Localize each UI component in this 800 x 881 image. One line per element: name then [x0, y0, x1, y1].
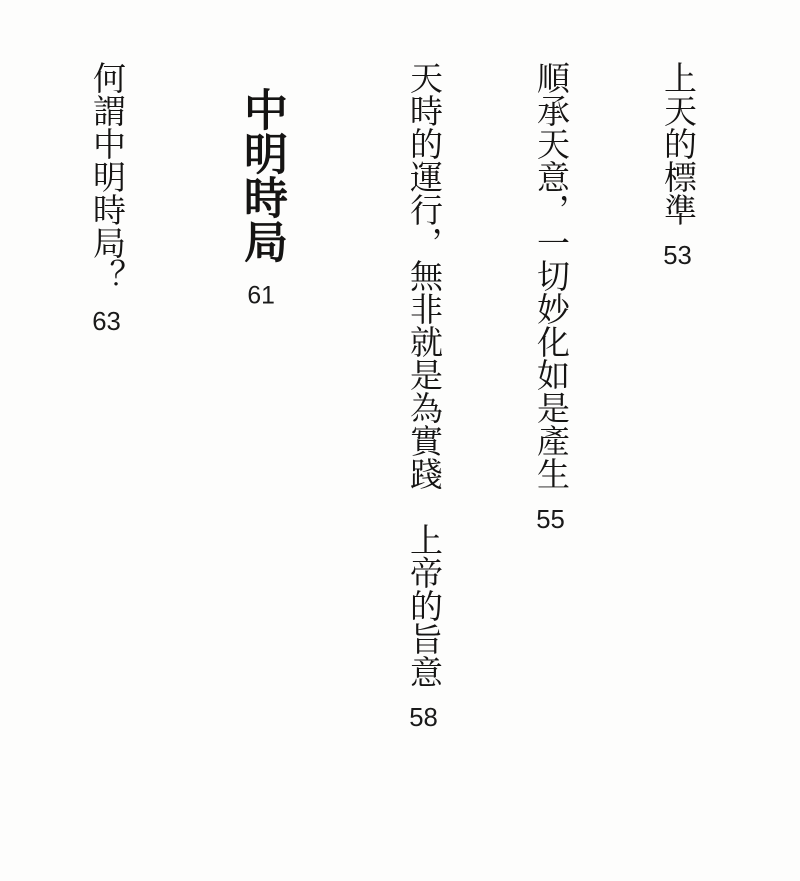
toc-entry-page-number: 58	[408, 704, 438, 730]
toc-entry: 道之運行，是遵天意而來，當中與天意貫穿而產生時機65	[0, 28, 28, 873]
toc-entry: 上天的標準53	[627, 28, 726, 873]
toc-entry-text: 天時的運行，無非就是為實踐 上帝的旨意	[405, 61, 441, 688]
toc-entry-page-number: 55	[535, 506, 565, 532]
toc-entry-text: 上天的標準	[659, 61, 695, 226]
toc-page: 上天的標準53 順承天意，一切妙化如是產生55 天時的運行，無非就是為實踐 上帝…	[0, 0, 800, 881]
toc-entry-page-number: 53	[662, 242, 692, 268]
chapter-title-text: 中明時局	[237, 87, 286, 263]
toc-entry-page-number: 63	[91, 308, 121, 334]
toc-entry: 何謂中明時局？63	[56, 28, 155, 873]
chapter-title: 中明時局61	[195, 28, 327, 873]
toc-entry-text: 順承天意，一切妙化如是產生	[532, 61, 568, 490]
chapter-title-page-number: 61	[247, 283, 275, 308]
toc-entry: 天時的運行，無非就是為實踐 上帝的旨意58	[373, 28, 472, 873]
toc-entry-text: 何謂中明時局？	[88, 61, 124, 292]
toc-entry: 順承天意，一切妙化如是產生55	[500, 28, 599, 873]
